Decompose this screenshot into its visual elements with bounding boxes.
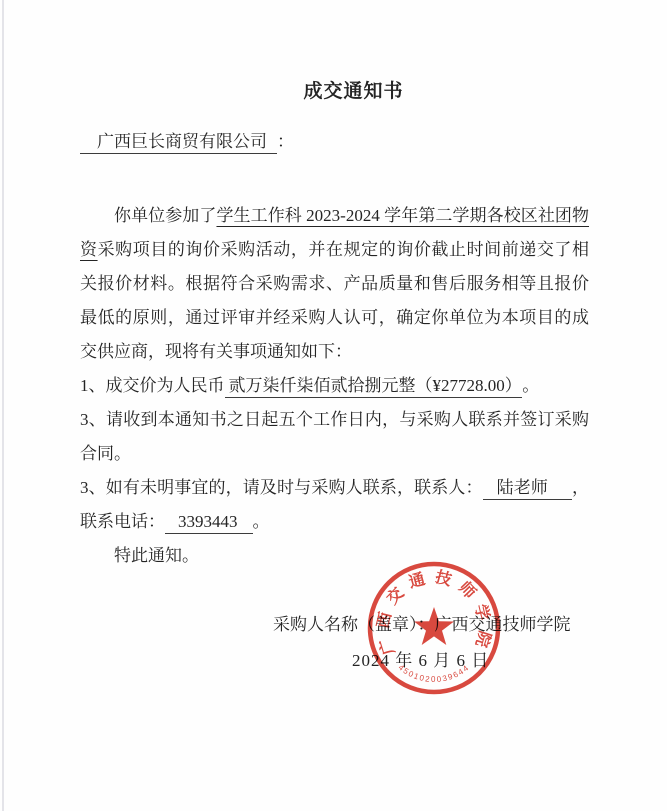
body-paragraph: 你单位参加了学生工作科 2023-2024 学年第二学期各校区社团物资采购项目的…: [80, 199, 589, 369]
paragraph-lead: 你单位参加了: [114, 206, 216, 225]
recipient-colon: ：: [277, 132, 294, 151]
recipient-line: 广西巨长商贸有限公司：: [80, 129, 294, 155]
item-price-prefix: 1、成交价为人民币: [80, 376, 225, 395]
paragraph-rest: 采购项目的询价采购活动，并在规定的询价截止时间前递交了相关报价材料。根据符合采购…: [80, 240, 589, 361]
item-contact-suffix: 。: [253, 512, 270, 531]
official-seal-icon: 广西交通技师学院 4501020039644: [349, 543, 519, 713]
item-contract: 3、请收到本通知书之日起五个工作日内，与采购人联系并签订采购合同。: [80, 403, 589, 471]
document-body: 你单位参加了学生工作科 2023-2024 学年第二学期各校区社团物资采购项目的…: [80, 199, 589, 573]
item-contact-prefix: 3、如有未明事宜的，请及时与采购人联系，联系人：: [80, 478, 483, 497]
item-contact: 3、如有未明事宜的，请及时与采购人联系，联系人：陆老师，联系电话：3393443…: [80, 471, 589, 539]
recipient-name: 广西巨长商贸有限公司: [80, 132, 277, 154]
contact-phone: 3393443: [165, 512, 253, 534]
item-price: 1、成交价为人民币贰万柒仟柒佰贰拾捌元整（¥27728.00）。: [80, 369, 589, 403]
document-page: 成交通知书 广西巨长商贸有限公司： 你单位参加了学生工作科 2023-2024 …: [0, 0, 667, 811]
award-amount: 贰万柒仟柒佰贰拾捌元整（¥27728.00）: [225, 376, 523, 398]
seal-star-icon: [414, 607, 454, 645]
seal-code: 4501020039644: [397, 663, 472, 684]
contact-person: 陆老师: [483, 478, 572, 500]
document-title: 成交通知书: [40, 76, 667, 103]
item-price-suffix: 。: [522, 376, 539, 395]
svg-text:4501020039644: 4501020039644: [397, 663, 472, 684]
